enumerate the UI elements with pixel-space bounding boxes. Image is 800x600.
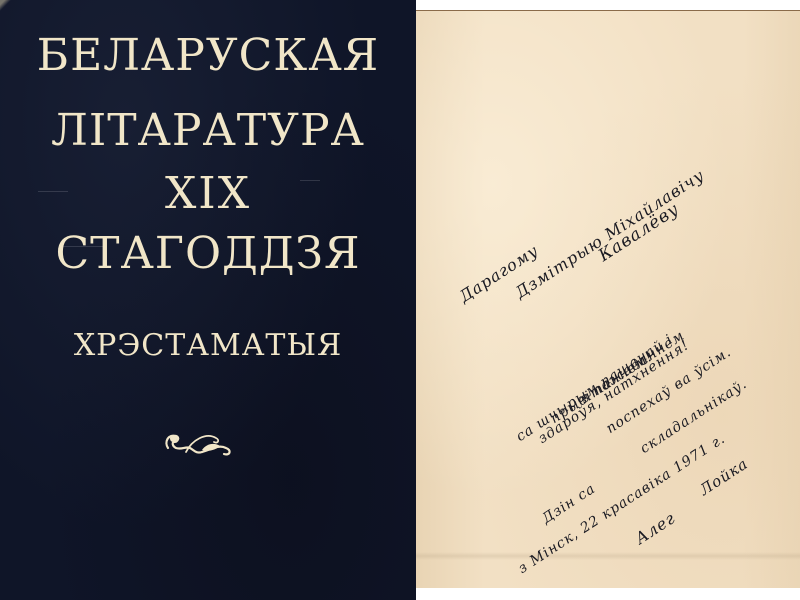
inscribed-page: Дарагому Дзмітрыю Міхайлавічу Кавалёву с… [416,10,800,588]
book-cover: БЕЛАРУСКАЯ ЛІТАРАТУРА XIX СТАГОДДЗЯ ХРЭС… [0,0,416,600]
cover-title-line-4: СТАГОДДЗЯ [0,228,416,279]
cover-title-line-3: XIX [0,168,416,219]
cover-title-line-1: БЕЛАРУСКАЯ [0,30,416,81]
inscription-signature: Алег [632,508,679,548]
handwritten-inscription: Дарагому Дзмітрыю Міхайлавічу Кавалёву с… [416,11,800,588]
floral-flourish-icon [162,428,234,460]
inscription-line: з Мінск, 22 красавіка 1971 г. [515,431,728,577]
inscription-signature: Лойка [696,454,751,499]
photo-stage: БЕЛАРУСКАЯ ЛІТАРАТУРА XIX СТАГОДДЗЯ ХРЭС… [0,0,800,600]
cover-subtitle: ХРЭСТАМАТЫЯ [0,328,416,363]
inscription-line: складальнікаў. [637,376,750,457]
cover-title-line-2: ЛІТАРАТУРА [0,105,416,156]
inscription-line: Дзмітрыю Міхайлавічу [512,165,708,302]
